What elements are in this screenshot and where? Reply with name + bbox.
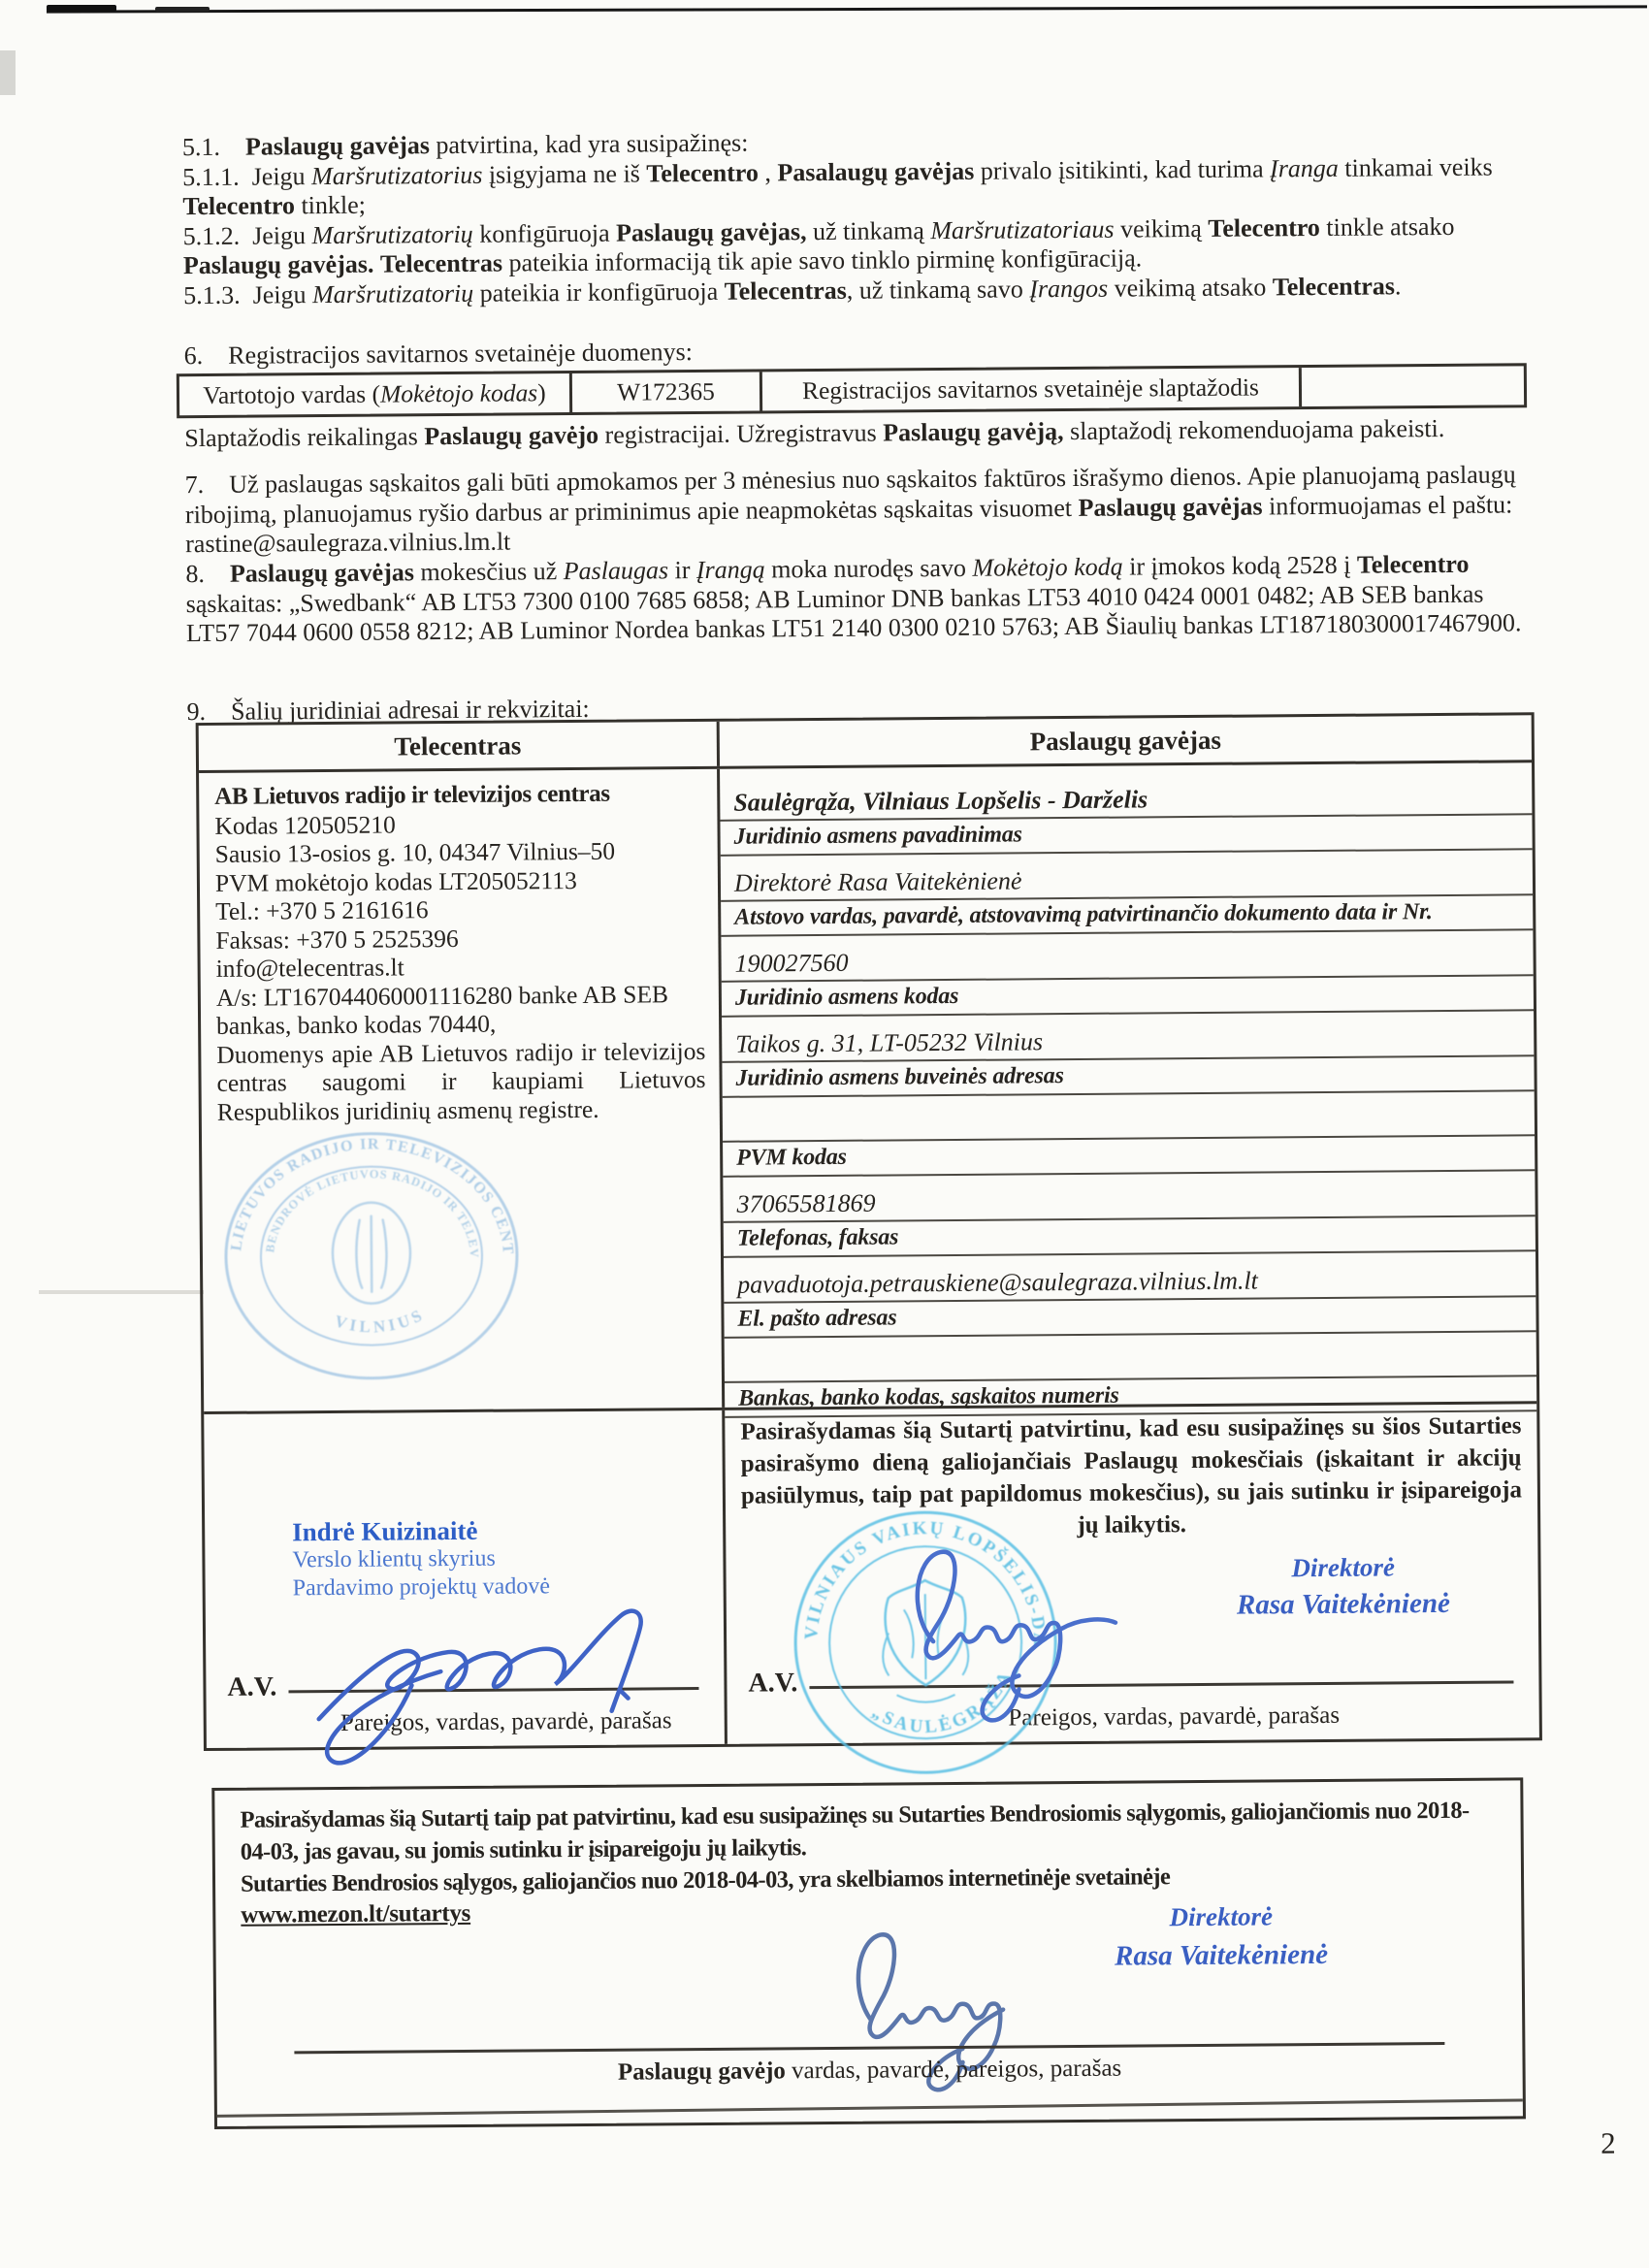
director-title: Direktorė	[973, 1895, 1470, 1938]
cell-username-label: Vartotojo vardas (Mokėtojo kodas)	[179, 373, 569, 415]
representative-name: Indrė Kuizinaitė	[292, 1516, 549, 1546]
scan-double-line	[217, 2098, 1523, 2117]
field-label: Juridinio asmens kodas	[722, 976, 1534, 1018]
company-fax: Faksas: +370 5 2525396	[215, 922, 704, 954]
cell-username-value: W172365	[569, 373, 760, 413]
client-signature-caption: Paslaugų gavėjo vardas, pavardė, pareigo…	[216, 2052, 1522, 2090]
field-label: Telefonas, faksas	[724, 1216, 1536, 1258]
form-field: pavaduotoja.petrauskiene@saulegraza.viln…	[724, 1264, 1536, 1339]
client-signature-line	[294, 2042, 1444, 2054]
page-number: 2	[1600, 2126, 1616, 2161]
director-name: Rasa Vaitekėnienė	[973, 1934, 1470, 1977]
client-details-cell: Saulėgrąža, Vilniaus Lopšelis - Darželis…	[720, 762, 1536, 1408]
cell-password-value	[1299, 366, 1524, 406]
director-title: Direktorė	[1164, 1547, 1522, 1587]
field-label: Juridinio asmens pavadinimas	[720, 815, 1532, 857]
form-field: Direktorė Rasa Vaitekėnienė Atstovo vard…	[721, 862, 1534, 937]
section-5-clauses: 5.1. Paslaugų gavėjas patvirtina, kad yr…	[182, 122, 1530, 310]
telecentras-round-stamp: LIETUVOS RADIJO IR TELEVIZIJOS CENTRAS •…	[218, 1125, 526, 1389]
av-label: A.V.	[227, 1671, 276, 1702]
terms-paragraph-1: Pasirašydamas šią Sutartį taip pat patvi…	[240, 1795, 1497, 1868]
telecentras-handwritten-signature	[295, 1572, 665, 1779]
field-label: Juridinio asmens buveinės adresas	[722, 1056, 1534, 1098]
field-label: El. pašto adresas	[724, 1297, 1536, 1339]
company-address: Sausio 13-osios g. 10, 04347 Vilnius–50	[215, 836, 704, 868]
form-field: 37065581869 Telefonas, faksas	[723, 1183, 1536, 1258]
company-phone: Tel.: +370 5 2161616	[215, 893, 704, 925]
clause-5-1-1: 5.1.1. Jeigu Maršrutizatorius įsigyjama …	[182, 152, 1529, 222]
scanned-contract-page: 5.1. Paslaugų gavėjas patvirtina, kad yr…	[0, 0, 1649, 2268]
representative-department: Verslo klientų skyrius	[292, 1544, 549, 1574]
general-terms-confirmation-box: Pasirašydamas šią Sutartį taip pat patvi…	[211, 1777, 1526, 2129]
clause-5-1-2: 5.1.2. Jeigu Maršrutizatorių konfigūruoj…	[183, 211, 1530, 281]
field-label: PVM kodas	[723, 1136, 1535, 1178]
svg-text:VILNIUS: VILNIUS	[333, 1305, 429, 1337]
company-vat-code: PVM mokėtojo kodas LT205052113	[215, 864, 704, 896]
company-name: AB Lietuvos radijo ir televizijos centra…	[214, 779, 703, 811]
cell-password-label: Registracijos savitarnos svetainėje slap…	[760, 368, 1299, 410]
director-title-block: Direktorė Rasa Vaitekėnienė	[1164, 1547, 1522, 1624]
director-title-block: Direktorė Rasa Vaitekėnienė	[973, 1895, 1470, 1977]
company-email: info@telecentras.lt	[216, 951, 705, 983]
clause-8: 8. Paslaugų gavėjas mokesčius už Paslaug…	[185, 549, 1533, 648]
section-6-caption: Slaptažodis reikalingas Paslaugų gavėjo …	[184, 413, 1531, 453]
company-bank-account: A/s: LT167044060001116280 banke AB SEB b…	[216, 979, 705, 1040]
company-code: Kodas 120505210	[214, 807, 703, 839]
clause-7: 7. Už paslaugas sąskaitos gali būti apmo…	[185, 460, 1533, 559]
company-register-note: Duomenys apie AB Lietuvos radijo ir tele…	[216, 1036, 706, 1125]
form-field: 190027560 Juridinio asmens kodas	[722, 943, 1535, 1018]
header-paslaugu-gavejas: Paslaugų gavėjas	[720, 715, 1532, 766]
client-handwritten-signature	[818, 1496, 1149, 1736]
header-telecentras: Telecentras	[199, 722, 720, 770]
director-name: Rasa Vaitekėnienė	[1165, 1584, 1523, 1624]
form-field: Saulėgrąža, Vilniaus Lopšelis - Darželis…	[720, 782, 1533, 857]
registration-table: Vartotojo vardas (Mokėtojo kodas) W17236…	[177, 363, 1527, 418]
form-field: PVM kodas	[723, 1104, 1536, 1178]
form-field: Taikos g. 31, LT-05232 Vilnius Juridinio…	[722, 1023, 1535, 1098]
field-label: Atstovo vardas, pavardė, atstovavimą pat…	[721, 895, 1533, 937]
